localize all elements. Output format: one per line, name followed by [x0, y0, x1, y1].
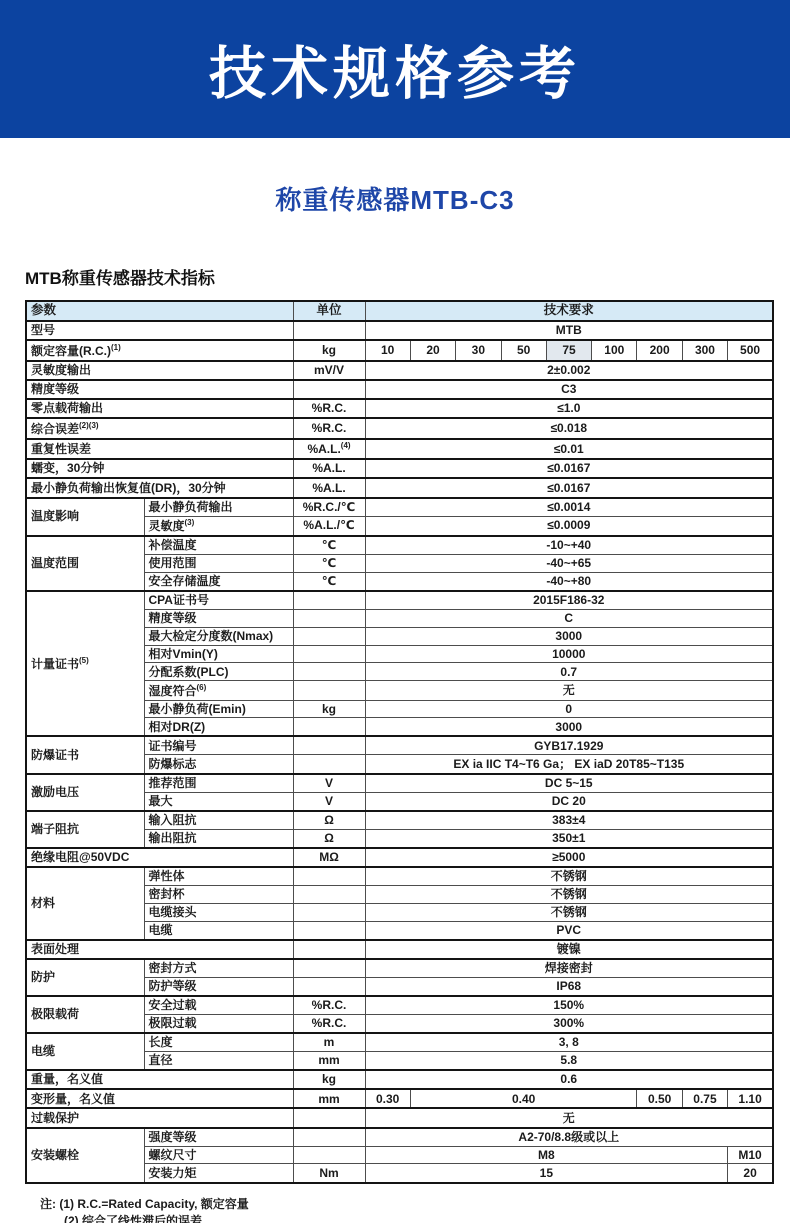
product-subtitle: 称重传感器MTB-C3 — [0, 180, 790, 217]
param-cell: 精度等级 — [26, 380, 293, 399]
param-cell: 灵敏度(3) — [144, 516, 293, 536]
unit-cell — [293, 755, 365, 774]
unit-cell — [293, 736, 365, 755]
value-cell: 15 — [365, 1164, 728, 1183]
param-cell: 直径 — [144, 1051, 293, 1070]
value-cell: -10~+40 — [365, 536, 773, 555]
table-row: 最小静负荷输出恢复值(DR)，30分钟%A.L.≤0.0167 — [26, 478, 773, 497]
table-row: 过载保护 无 — [26, 1108, 773, 1127]
unit-cell: %R.C./℃ — [293, 498, 365, 517]
footnotes: 注: (1) R.C.=Rated Capacity, 额定容量 (2) 综合了… — [40, 1196, 249, 1223]
unit-cell — [293, 977, 365, 996]
unit-cell — [293, 959, 365, 978]
table-row: 灵敏度输出mV/V2±0.002 — [26, 361, 773, 380]
value-cell: M10 — [728, 1146, 773, 1164]
value-cell: ≤0.0167 — [365, 478, 773, 497]
value-cell: 200 — [637, 340, 682, 361]
value-cell: ≤0.01 — [365, 439, 773, 460]
unit-cell: Ω — [293, 829, 365, 848]
param-cell: 安装力矩 — [144, 1164, 293, 1183]
table-row: 安装螺栓强度等级 A2-70/8.8级或以上 — [26, 1128, 773, 1147]
footnote-2: (2) 综合了线性滞后的误差 — [40, 1213, 249, 1223]
unit-cell — [293, 645, 365, 663]
param-cell: 重量，名义值 — [26, 1070, 293, 1089]
table-row: 防护密封方式 焊接密封 — [26, 959, 773, 978]
value-cell: IP68 — [365, 977, 773, 996]
value-cell: 0.6 — [365, 1070, 773, 1089]
param-cell: 输入阻抗 — [144, 811, 293, 830]
param-cell: 防爆标志 — [144, 755, 293, 774]
unit-cell — [293, 609, 365, 627]
unit-cell: m — [293, 1033, 365, 1052]
group-cell: 激励电压 — [26, 774, 144, 811]
unit-cell: kg — [293, 340, 365, 361]
unit-cell — [293, 1128, 365, 1147]
value-cell: C — [365, 609, 773, 627]
value-cell: ≤0.018 — [365, 418, 773, 439]
param-cell: 补偿温度 — [144, 536, 293, 555]
table-row: 表面处理 镀镍 — [26, 940, 773, 959]
param-cell: 零点载荷输出 — [26, 399, 293, 418]
unit-cell — [293, 380, 365, 399]
param-cell: 推荐范围 — [144, 774, 293, 793]
table-header-row: 参数单位技术要求 — [26, 301, 773, 321]
value-cell: -40~+65 — [365, 554, 773, 572]
value-cell: 1.10 — [728, 1089, 773, 1108]
table-row: 综合误差(2)(3)%R.C.≤0.018 — [26, 418, 773, 439]
group-cell: 端子阻抗 — [26, 811, 144, 848]
value-cell: 无 — [365, 681, 773, 700]
value-cell: EX ia IIC T4~T6 Ga； EX iaD 20T85~T135 — [365, 755, 773, 774]
param-cell: CPA证书号 — [144, 591, 293, 610]
value-cell: 50 — [501, 340, 546, 361]
value-cell: 3000 — [365, 718, 773, 737]
value-cell: ≥5000 — [365, 848, 773, 867]
group-cell: 防护 — [26, 959, 144, 996]
unit-cell: mV/V — [293, 361, 365, 380]
param-cell: 灵敏度输出 — [26, 361, 293, 380]
param-cell: 变形量，名义值 — [26, 1089, 293, 1108]
unit-cell — [293, 940, 365, 959]
unit-cell — [293, 1108, 365, 1127]
value-cell: 0.7 — [365, 663, 773, 681]
param-cell: 螺纹尺寸 — [144, 1146, 293, 1164]
param-cell: 密封杯 — [144, 885, 293, 903]
value-cell: 不锈钢 — [365, 867, 773, 886]
param-cell: 密封方式 — [144, 959, 293, 978]
table-row: 电缆长度m3, 8 — [26, 1033, 773, 1052]
param-cell: 使用范围 — [144, 554, 293, 572]
value-cell: M8 — [365, 1146, 728, 1164]
param-cell: 长度 — [144, 1033, 293, 1052]
group-cell: 温度范围 — [26, 536, 144, 591]
value-cell: 3000 — [365, 627, 773, 645]
unit-cell — [293, 681, 365, 700]
value-cell: 10 — [365, 340, 410, 361]
unit-cell: ℃ — [293, 536, 365, 555]
spec-table: 参数单位技术要求型号 MTB额定容量(R.C.)(1)kg10203050751… — [25, 300, 774, 1184]
unit-cell — [293, 718, 365, 737]
table-row: 重量，名义值kg0.6 — [26, 1070, 773, 1089]
value-cell: ≤0.0009 — [365, 516, 773, 536]
unit-cell: %A.L.(4) — [293, 439, 365, 460]
header-unit: 单位 — [293, 301, 365, 321]
unit-cell: Ω — [293, 811, 365, 830]
value-cell: 0.50 — [637, 1089, 682, 1108]
value-cell: 0.75 — [682, 1089, 727, 1108]
unit-cell: MΩ — [293, 848, 365, 867]
value-cell: 20 — [410, 340, 455, 361]
table-row: 端子阻抗输入阻抗Ω383±4 — [26, 811, 773, 830]
group-cell: 温度影响 — [26, 498, 144, 536]
unit-cell — [293, 867, 365, 886]
group-cell: 计量证书(5) — [26, 591, 144, 737]
param-cell: 最大 — [144, 792, 293, 811]
group-cell: 电缆 — [26, 1033, 144, 1070]
unit-cell: V — [293, 774, 365, 793]
value-cell: DC 5~15 — [365, 774, 773, 793]
unit-cell: %A.L./℃ — [293, 516, 365, 536]
table-row: 材料弹性体 不锈钢 — [26, 867, 773, 886]
group-cell: 材料 — [26, 867, 144, 940]
unit-cell: ℃ — [293, 554, 365, 572]
value-cell: 不锈钢 — [365, 903, 773, 921]
value-cell: ≤0.0014 — [365, 498, 773, 517]
table-row: 蠕变，30分钟%A.L.≤0.0167 — [26, 459, 773, 478]
param-cell: 综合误差(2)(3) — [26, 418, 293, 439]
value-cell: 3, 8 — [365, 1033, 773, 1052]
value-cell: 2015F186-32 — [365, 591, 773, 610]
value-cell: ≤0.0167 — [365, 459, 773, 478]
table-row: 重复性误差%A.L.(4)≤0.01 — [26, 439, 773, 460]
value-cell: 300 — [682, 340, 727, 361]
value-cell: 350±1 — [365, 829, 773, 848]
param-cell: 额定容量(R.C.)(1) — [26, 340, 293, 361]
unit-cell — [293, 591, 365, 610]
param-cell: 相对DR(Z) — [144, 718, 293, 737]
table-row: 计量证书(5)CPA证书号 2015F186-32 — [26, 591, 773, 610]
param-cell: 弹性体 — [144, 867, 293, 886]
group-cell: 安装螺栓 — [26, 1128, 144, 1183]
unit-cell — [293, 921, 365, 940]
unit-cell: ℃ — [293, 572, 365, 591]
param-cell: 精度等级 — [144, 609, 293, 627]
value-cell: -40~+80 — [365, 572, 773, 591]
param-cell: 安全过载 — [144, 996, 293, 1015]
table-row: 变形量，名义值mm0.300.400.500.751.10 — [26, 1089, 773, 1108]
param-cell: 最小静负荷输出 — [144, 498, 293, 517]
unit-cell: %R.C. — [293, 399, 365, 418]
unit-cell — [293, 321, 365, 340]
value-cell: A2-70/8.8级或以上 — [365, 1128, 773, 1147]
value-cell: 2±0.002 — [365, 361, 773, 380]
param-cell: 分配系数(PLC) — [144, 663, 293, 681]
table-row: 温度影响最小静负荷输出%R.C./℃≤0.0014 — [26, 498, 773, 517]
unit-cell — [293, 903, 365, 921]
page: { "page": { "banner_title": "技术规格参考", "s… — [0, 0, 790, 1223]
value-cell: 100 — [592, 340, 637, 361]
param-cell: 证书编号 — [144, 736, 293, 755]
param-cell: 最小静负荷输出恢复值(DR)，30分钟 — [26, 478, 293, 497]
value-cell: 镀镍 — [365, 940, 773, 959]
value-cell: 5.8 — [365, 1051, 773, 1070]
param-cell: 湿度符合(6) — [144, 681, 293, 700]
unit-cell: %R.C. — [293, 1014, 365, 1033]
header-banner: 技术规格参考 — [0, 0, 790, 138]
param-cell: 安全存储温度 — [144, 572, 293, 591]
value-cell: 10000 — [365, 645, 773, 663]
value-cell: MTB — [365, 321, 773, 340]
param-cell: 电缆 — [144, 921, 293, 940]
table-row: 精度等级 C3 — [26, 380, 773, 399]
param-cell: 最大检定分度数(Nmax) — [144, 627, 293, 645]
table-row: 绝缘电阻@50VDCMΩ≥5000 — [26, 848, 773, 867]
value-cell: C3 — [365, 380, 773, 399]
footnote-1: 注: (1) R.C.=Rated Capacity, 额定容量 — [40, 1196, 249, 1213]
value-cell: 无 — [365, 1108, 773, 1127]
param-cell: 极限过载 — [144, 1014, 293, 1033]
unit-cell: mm — [293, 1089, 365, 1108]
value-cell: 0.40 — [410, 1089, 637, 1108]
param-cell: 电缆接头 — [144, 903, 293, 921]
value-cell: 30 — [456, 340, 501, 361]
param-cell: 绝缘电阻@50VDC — [26, 848, 293, 867]
value-cell: 0.30 — [365, 1089, 410, 1108]
unit-cell — [293, 663, 365, 681]
unit-cell: %A.L. — [293, 478, 365, 497]
value-cell: DC 20 — [365, 792, 773, 811]
param-cell: 过载保护 — [26, 1108, 293, 1127]
unit-cell: %R.C. — [293, 996, 365, 1015]
group-cell: 防爆证书 — [26, 736, 144, 773]
value-cell: 75 — [546, 340, 591, 361]
value-cell: 20 — [728, 1164, 773, 1183]
header-param: 参数 — [26, 301, 293, 321]
unit-cell: %A.L. — [293, 459, 365, 478]
section-title: MTB称重传感器技术指标 — [25, 264, 215, 289]
unit-cell: kg — [293, 700, 365, 718]
param-cell: 防护等级 — [144, 977, 293, 996]
table-row: 温度范围补偿温度℃-10~+40 — [26, 536, 773, 555]
unit-cell: %R.C. — [293, 418, 365, 439]
param-cell: 型号 — [26, 321, 293, 340]
param-cell: 最小静负荷(Emin) — [144, 700, 293, 718]
unit-cell: mm — [293, 1051, 365, 1070]
table-row: 防爆证书证书编号 GYB17.1929 — [26, 736, 773, 755]
param-cell: 相对Vmin(Y) — [144, 645, 293, 663]
param-cell: 蠕变，30分钟 — [26, 459, 293, 478]
table-row: 极限载荷安全过载%R.C.150% — [26, 996, 773, 1015]
group-cell: 极限载荷 — [26, 996, 144, 1033]
value-cell: ≤1.0 — [365, 399, 773, 418]
unit-cell: V — [293, 792, 365, 811]
unit-cell — [293, 627, 365, 645]
value-cell: 0 — [365, 700, 773, 718]
unit-cell: kg — [293, 1070, 365, 1089]
value-cell: 焊接密封 — [365, 959, 773, 978]
param-cell: 输出阻抗 — [144, 829, 293, 848]
unit-cell: Nm — [293, 1164, 365, 1183]
unit-cell — [293, 1146, 365, 1164]
unit-cell — [293, 885, 365, 903]
value-cell: 不锈钢 — [365, 885, 773, 903]
table-row: 型号 MTB — [26, 321, 773, 340]
param-cell: 重复性误差 — [26, 439, 293, 460]
value-cell: PVC — [365, 921, 773, 940]
table-row: 零点载荷输出%R.C.≤1.0 — [26, 399, 773, 418]
value-cell: 150% — [365, 996, 773, 1015]
header-requirement: 技术要求 — [365, 301, 773, 321]
value-cell: GYB17.1929 — [365, 736, 773, 755]
value-cell: 300% — [365, 1014, 773, 1033]
value-cell: 500 — [728, 340, 773, 361]
table-row: 激励电压推荐范围VDC 5~15 — [26, 774, 773, 793]
table-row: 额定容量(R.C.)(1)kg1020305075100200300500 — [26, 340, 773, 361]
param-cell: 强度等级 — [144, 1128, 293, 1147]
value-cell: 383±4 — [365, 811, 773, 830]
param-cell: 表面处理 — [26, 940, 293, 959]
banner-title: 技术规格参考 — [209, 28, 581, 110]
